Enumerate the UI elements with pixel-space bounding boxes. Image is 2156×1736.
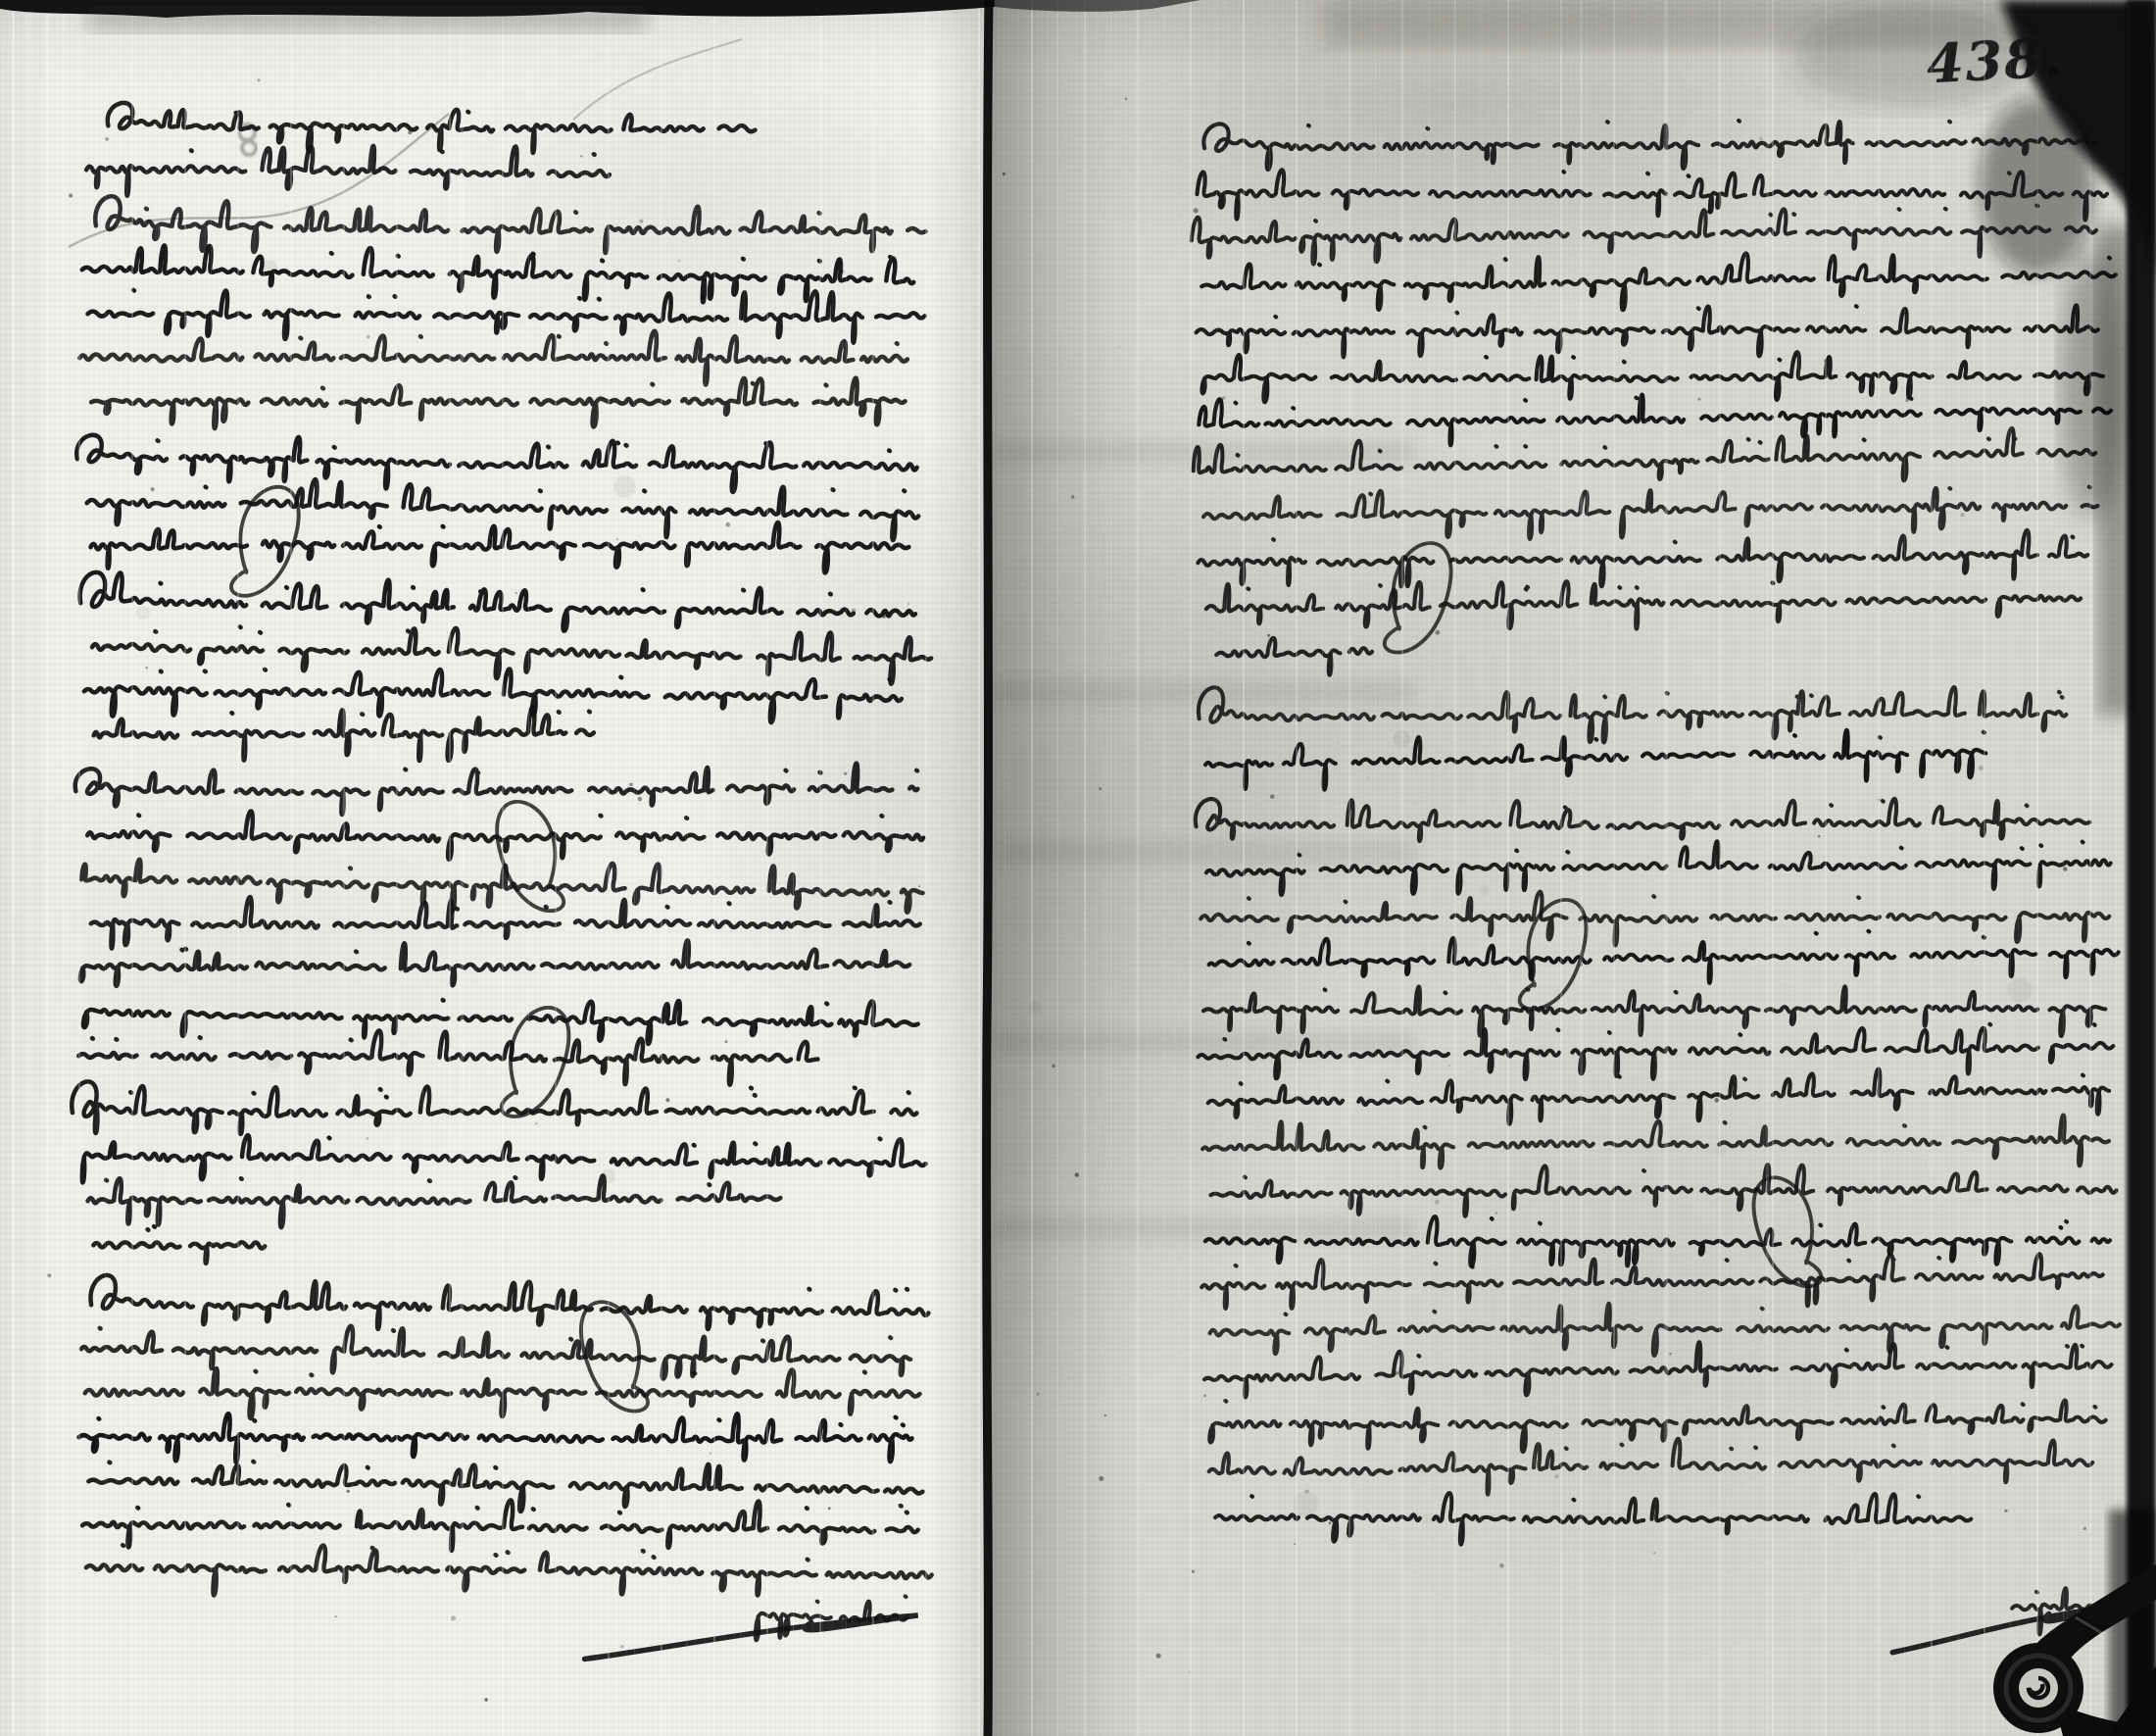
scan-blotch-top-right: [1980, 98, 2093, 274]
scan-blotch-top-right: [1790, 6, 2035, 108]
scan-edge-top: [995, 0, 1200, 12]
clasp-ring-hole: [2019, 1668, 2058, 1708]
manuscript-scan: 438.: [0, 0, 2156, 1736]
scan-smudge-right: [2097, 225, 2134, 716]
scan-edge-layer: [0, 0, 2156, 1736]
scan-edge-top-bleed: [88, 6, 647, 31]
gutter-line: [987, 0, 989, 1736]
